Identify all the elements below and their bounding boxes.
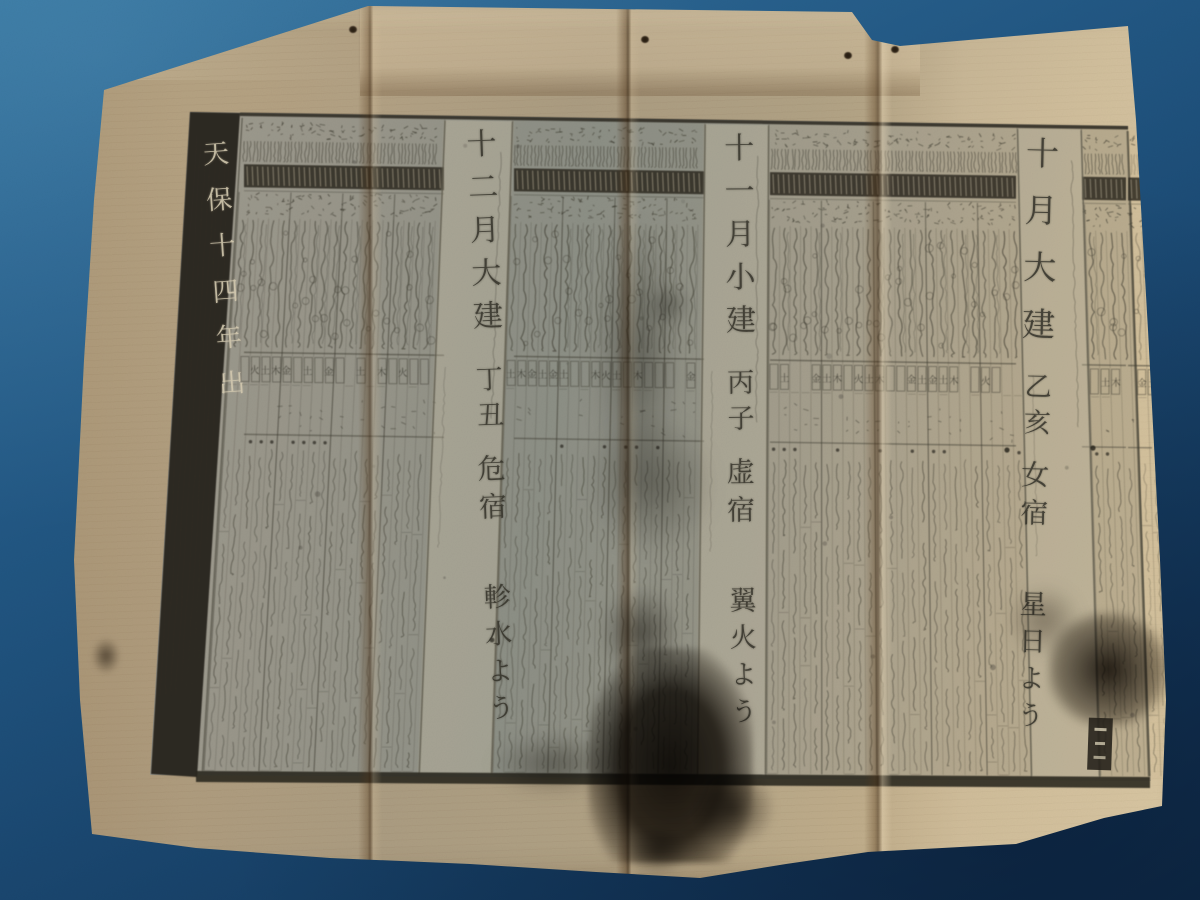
svg-text:火: 火 bbox=[250, 365, 260, 377]
svg-text:木: 木 bbox=[591, 370, 601, 382]
svg-text:金: 金 bbox=[548, 369, 558, 381]
svg-text:木: 木 bbox=[833, 373, 843, 385]
svg-text:木: 木 bbox=[949, 375, 959, 387]
svg-text:金: 金 bbox=[324, 366, 334, 378]
svg-text:火: 火 bbox=[981, 375, 991, 387]
svg-text:土: 土 bbox=[612, 370, 622, 382]
svg-text:土: 土 bbox=[506, 368, 516, 380]
svg-text:木: 木 bbox=[377, 367, 387, 379]
svg-text:木: 木 bbox=[875, 374, 885, 386]
svg-text:金: 金 bbox=[686, 371, 696, 383]
svg-text:火: 火 bbox=[601, 370, 611, 382]
svg-text:金: 金 bbox=[527, 369, 537, 381]
binding-hole bbox=[844, 52, 852, 59]
svg-text:木: 木 bbox=[517, 369, 527, 381]
svg-text:土: 土 bbox=[780, 372, 790, 384]
svg-text:土: 土 bbox=[917, 374, 927, 386]
svg-text:土: 土 bbox=[1148, 378, 1158, 390]
svg-text:木: 木 bbox=[1111, 377, 1121, 389]
svg-text:火: 火 bbox=[398, 367, 408, 379]
svg-text:土: 土 bbox=[261, 365, 271, 377]
svg-text:土: 土 bbox=[822, 373, 832, 385]
svg-text:金: 金 bbox=[282, 365, 292, 377]
binding-hole bbox=[891, 46, 899, 53]
svg-text:土: 土 bbox=[538, 369, 548, 381]
woodblock-text-texture: 火土木金土金土木火土木金土金土木火土木金土金土木火土木金土金土木火土木金土 bbox=[0, 0, 1200, 900]
svg-text:土: 土 bbox=[356, 366, 366, 378]
svg-text:土: 土 bbox=[303, 366, 313, 378]
svg-text:土: 土 bbox=[864, 374, 874, 386]
svg-text:金: 金 bbox=[811, 373, 821, 385]
publisher-seal-cartouche bbox=[1087, 718, 1113, 771]
binding-hole bbox=[349, 26, 357, 33]
binding-hole bbox=[641, 36, 649, 43]
svg-text:木: 木 bbox=[633, 370, 643, 382]
svg-text:土: 土 bbox=[1101, 377, 1111, 389]
svg-text:金: 金 bbox=[907, 374, 917, 386]
photo-scene: 火土木金土金土木火土木金土金土木火土木金土金土木火土木金土金土木火土木金土 天保… bbox=[0, 0, 1200, 900]
svg-text:火: 火 bbox=[854, 373, 864, 385]
svg-text:土: 土 bbox=[559, 369, 569, 381]
svg-text:金: 金 bbox=[928, 375, 938, 387]
svg-text:金: 金 bbox=[1137, 378, 1147, 390]
calendar-sheet: 火土木金土金土木火土木金土金土木火土木金土金土木火土木金土金土木火土木金土 天保… bbox=[0, 0, 1200, 900]
svg-text:土: 土 bbox=[939, 375, 949, 387]
svg-text:木: 木 bbox=[271, 365, 281, 377]
